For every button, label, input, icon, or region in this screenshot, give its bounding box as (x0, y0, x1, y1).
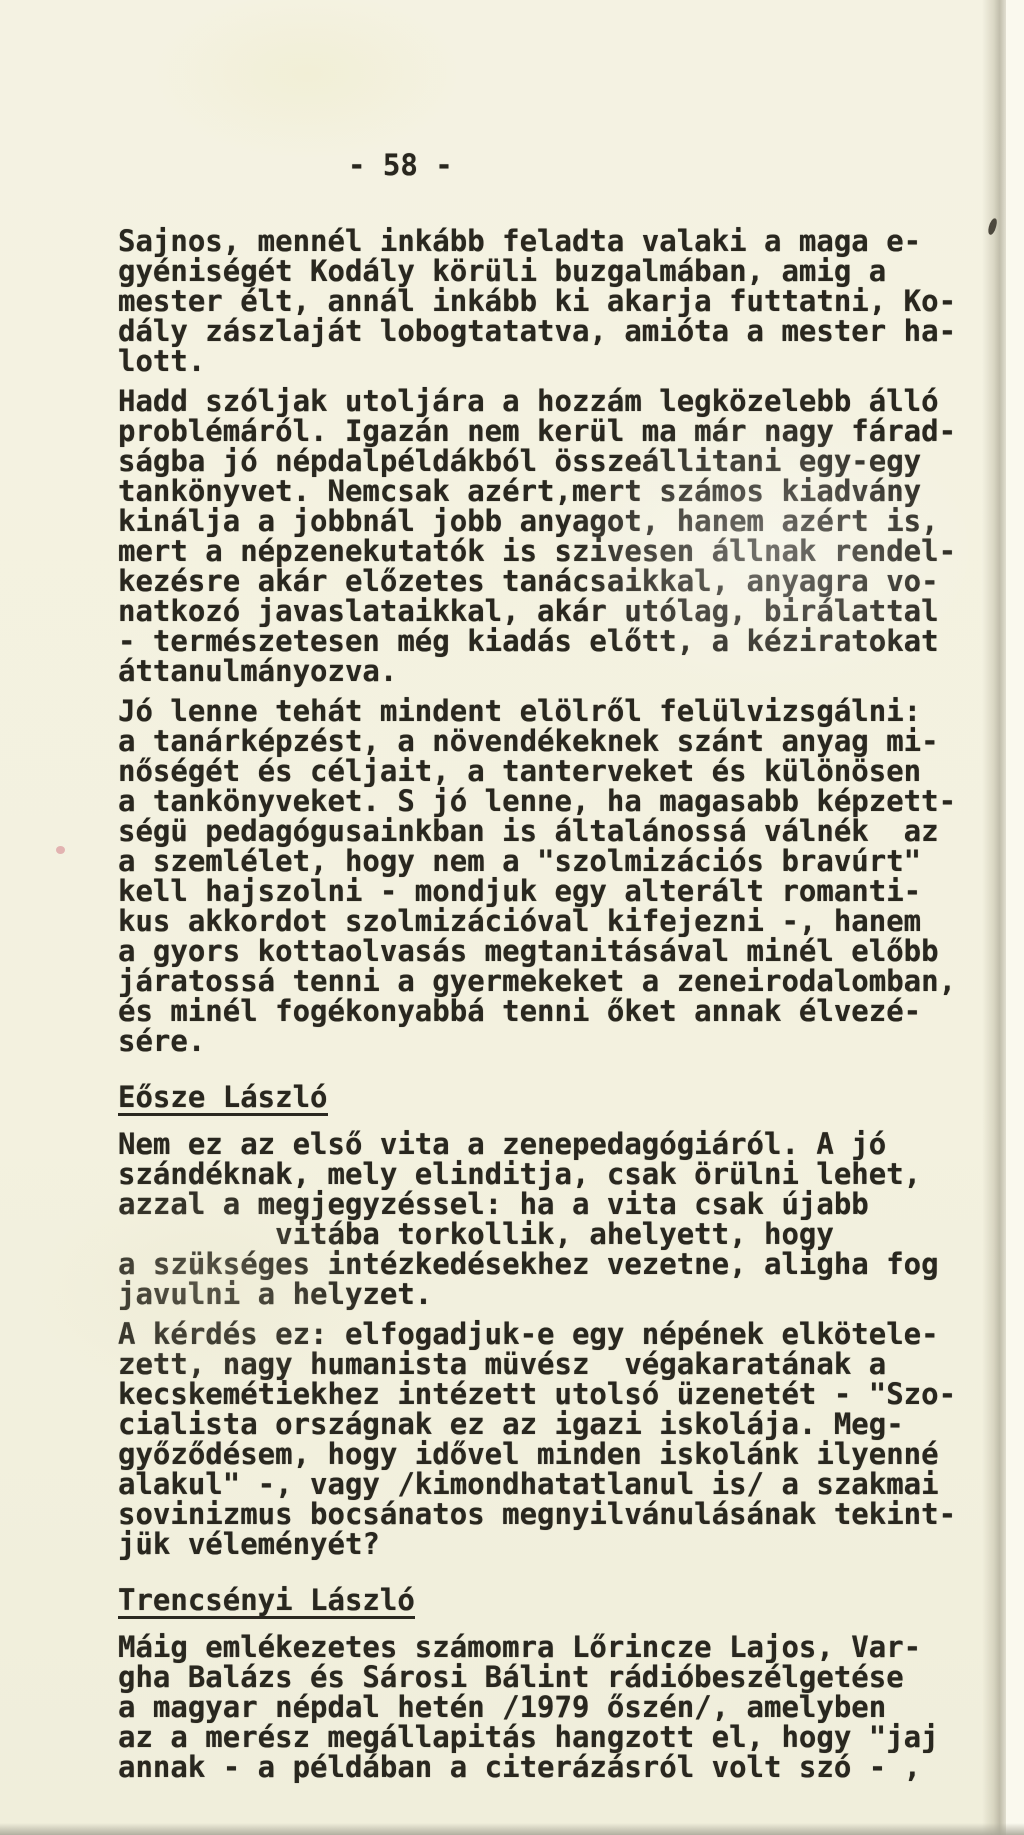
text-line: natkozó javaslataikkal, akár utólag, bir… (118, 596, 1024, 626)
text-line: gha Balázs és Sárosi Bálint rádióbeszélg… (118, 1662, 1024, 1692)
text-line: lott. (118, 346, 1024, 376)
text-line: problémáról. Igazán nem kerül ma már nag… (118, 416, 1024, 446)
text-line: vitába torkollik, ahelyett, hogy (118, 1219, 1024, 1249)
text-line: Sajnos, mennél inkább feladta valaki a m… (118, 226, 1024, 256)
paragraph-6: Máig emlékezetes számomra Lőrincze Lajos… (118, 1632, 1024, 1782)
text-line: kus akkordot szolmizációval kifejezni -,… (118, 906, 1024, 936)
text-line: a szemlélet, hogy nem a "szolmizációs br… (118, 846, 1024, 876)
text-line: a szükséges intézkedésekhez vezetne, ali… (118, 1249, 1024, 1279)
text-line: kell hajszolni - mondjuk egy alterált ro… (118, 876, 1024, 906)
paragraph-5: A kérdés ez: elfogadjuk-e egy népének el… (118, 1319, 1024, 1559)
text-line: az a merész megállapitás hangzott el, ho… (118, 1722, 1024, 1752)
bottom-scan-edge (0, 1823, 1024, 1835)
text-line: járatossá tenni a gyermekeket a zeneirod… (118, 966, 1024, 996)
pink-speck (56, 846, 65, 854)
text-line: A kérdés ez: elfogadjuk-e egy népének el… (118, 1319, 1024, 1349)
right-edge-strip (1006, 0, 1024, 1835)
page-fold-shadow (982, 0, 1008, 1835)
text-line: kinálja a jobbnál jobb anyagot, hanem az… (118, 506, 1024, 536)
text-line: ságba jó népdalpéldákból összeállitani e… (118, 446, 1024, 476)
text-line: a tankönyveket. S jó lenne, ha magasabb … (118, 786, 1024, 816)
text-line: a magyar népdal hetén /1979 őszén/, amel… (118, 1692, 1024, 1722)
text-line: javulni a helyzet. (118, 1279, 1024, 1309)
text-line: szándéknak, mely elinditja, csak örülni … (118, 1159, 1024, 1189)
text-line: zett, nagy humanista müvész végakaratána… (118, 1349, 1024, 1379)
paragraph-2: Hadd szóljak utoljára a hozzám legközele… (118, 386, 1024, 686)
page-number: - 58 - (0, 0, 1024, 180)
paragraph-4: Nem ez az első vita a zenepedagógiáról. … (118, 1129, 1024, 1309)
page-content: Sajnos, mennél inkább feladta valaki a m… (0, 180, 1024, 1782)
speaker-name: Trencsényi László (118, 1585, 415, 1619)
text-line: Hadd szóljak utoljára a hozzám legközele… (118, 386, 1024, 416)
text-line: ségü pedagógusainkban is általánossá vál… (118, 816, 1024, 846)
text-line: cialista országnak ez az igazi iskolája.… (118, 1409, 1024, 1439)
text-line: azzal a megjegyzéssel: ha a vita csak új… (118, 1189, 1024, 1219)
text-line: sére. (118, 1026, 1024, 1056)
speaker-trencsenyi-laszlo: Trencsényi László (118, 1585, 1024, 1619)
text-line: tankönyvet. Nemcsak azért,mert számos ki… (118, 476, 1024, 506)
text-line: alakul" -, vagy /kimondhatatlanul is/ a … (118, 1469, 1024, 1499)
text-line: kezésre akár előzetes tanácsaikkal, anya… (118, 566, 1024, 596)
text-line: a gyors kottaolvasás megtanitásával miné… (118, 936, 1024, 966)
text-line: annak - a példában a citerázásról volt s… (118, 1752, 1024, 1782)
paragraph-1: Sajnos, mennél inkább feladta valaki a m… (118, 226, 1024, 376)
speaker-eosze-laszlo: Eősze László (118, 1082, 1024, 1116)
text-line: dály zászlaját lobogtatatva, amióta a me… (118, 316, 1024, 346)
text-line: a tanárképzést, a növendékeknek szánt an… (118, 726, 1024, 756)
scanned-document-page: - 58 - Sajnos, mennél inkább feladta val… (0, 0, 1024, 1835)
text-line: nőségét és céljait, a tanterveket és kül… (118, 756, 1024, 786)
paragraph-3: Jó lenne tehát mindent elölről felülvizs… (118, 696, 1024, 1056)
text-line: mert a népzenekutatók is szivesen állnak… (118, 536, 1024, 566)
text-line: Jó lenne tehát mindent elölről felülvizs… (118, 696, 1024, 726)
text-line: Nem ez az első vita a zenepedagógiáról. … (118, 1129, 1024, 1159)
text-line: jük véleményét? (118, 1529, 1024, 1559)
text-line: Máig emlékezetes számomra Lőrincze Lajos… (118, 1632, 1024, 1662)
text-line: - természetesen még kiadás előtt, a kézi… (118, 626, 1024, 656)
text-line: gyéniségét Kodály körüli buzgalmában, am… (118, 256, 1024, 286)
text-line: mester élt, annál inkább ki akarja futta… (118, 286, 1024, 316)
text-line: és minél fogékonyabbá tenni őket annak é… (118, 996, 1024, 1026)
text-line: áttanulmányozva. (118, 656, 1024, 686)
speaker-name: Eősze László (118, 1082, 328, 1116)
text-line: kecskemétiekhez intézett utolsó üzenetét… (118, 1379, 1024, 1409)
text-line: győződésem, hogy idővel minden iskolánk … (118, 1439, 1024, 1469)
text-line: sovinizmus bocsánatos megnyilvánulásának… (118, 1499, 1024, 1529)
